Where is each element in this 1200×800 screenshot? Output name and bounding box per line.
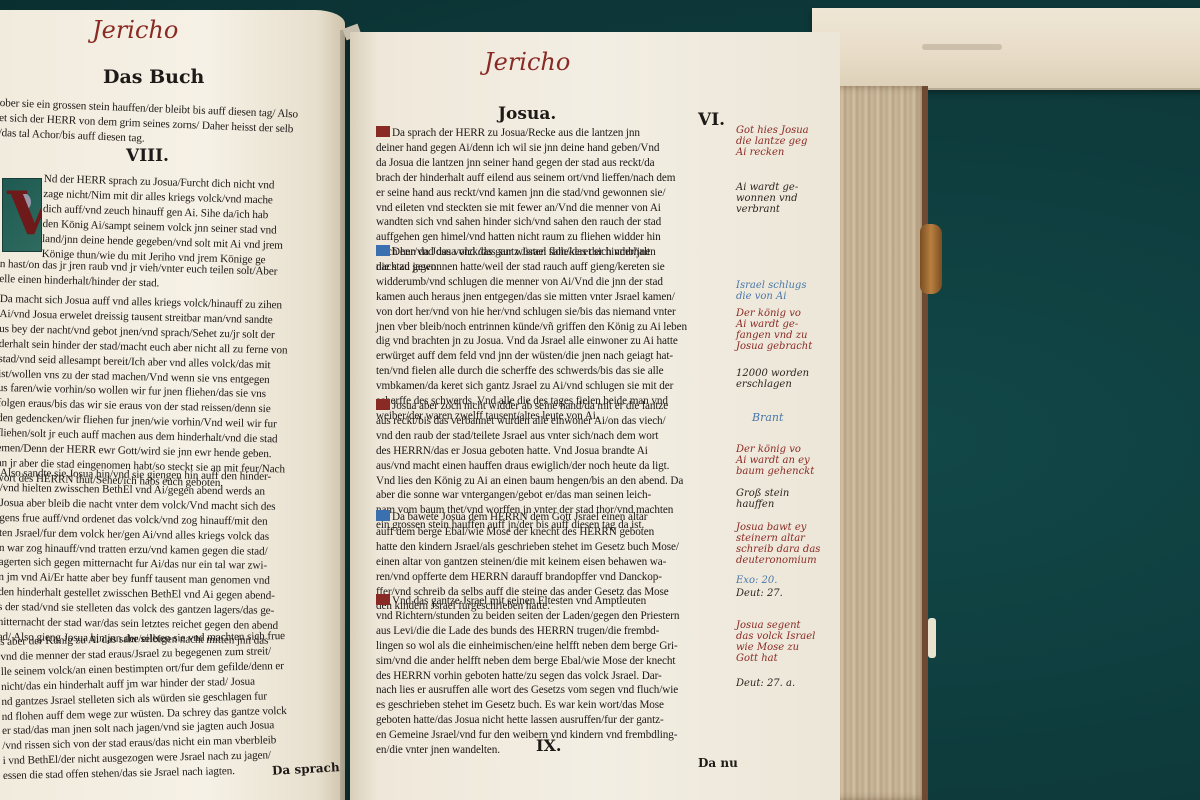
- text-line: sim/vnd die ander helfft neben dem berge…: [376, 654, 679, 669]
- text-line: einen altar von gantzen steinen/die mit …: [376, 555, 679, 570]
- marginal-note: Got hies Josua die lantze geg Ai recken: [736, 125, 809, 158]
- brass-clasp: [920, 224, 942, 294]
- text-line: widderumb/vnd schlugen die menner von Ai…: [376, 275, 687, 290]
- text-line: brach der hinderhalt auff eilend aus sei…: [376, 171, 675, 186]
- right-running-head: Jericho: [484, 48, 570, 76]
- text-line: Denn da Josua vnd das gantz Jsrael sahe/…: [392, 246, 650, 258]
- marginal-note: Exo: 20.: [736, 575, 777, 586]
- text-line: kamen auch heraus jnen entgegen/das sie …: [376, 290, 687, 305]
- marginal-note: Der könig vo Ai wardt an ey baum gehenck…: [736, 444, 814, 477]
- text-line: nach lies er ausruffen alle wort des Ges…: [376, 683, 679, 698]
- text-line: des HERRN/das er Josua geboten hatte. Vn…: [376, 444, 683, 459]
- text-line: Josua aber zoch nicht widder ab seine ha…: [392, 400, 668, 412]
- left-running-head: Jericho: [92, 16, 178, 44]
- text-line: lingen so wol als die einheimischen/eine…: [376, 639, 679, 654]
- text-line: vnd den raub der stad/teilete Jsrael aus…: [376, 429, 683, 444]
- text-line: hatte den kindern Jsrael/als geschrieben…: [376, 540, 679, 555]
- marginal-note: Brant: [752, 412, 783, 424]
- text-line: aus/vnd macht einen hauffen draus ewigli…: [376, 459, 683, 474]
- chapter-number-viii: VIII.: [126, 146, 169, 166]
- text-line: von dort her/vnd von hie her/vnd schluge…: [376, 305, 687, 320]
- text-line: Vnd das gantze Jsrael mit seinen Elteste…: [392, 595, 646, 607]
- text-line: auffgehen gen himel/vnd hatten nicht rau…: [376, 230, 675, 245]
- text-line: en/die vnter jnen wandelten.: [376, 743, 679, 758]
- text-line: aus reckt/bis das verbannet wurden alle …: [376, 414, 683, 429]
- text-line: vmbkamen/da keret sich gantz Jsrael zu A…: [376, 379, 687, 394]
- paragraph-mark-blue: [376, 245, 390, 256]
- text-line: erwürget auff dem feld vnd jnn der wüste…: [376, 349, 687, 364]
- text-line: des HERRN vorhin geboten hatte/zu segen …: [376, 669, 679, 684]
- left-para-1: Nd der HERR sprach zu Josua/Furcht dich …: [42, 172, 285, 268]
- text-line: aber die sonne war vntergangen/gebot er/…: [376, 488, 683, 503]
- text-line: jnen vber bleib/noch entrinnen künde/vñ …: [376, 320, 687, 335]
- paragraph-mark-blue: [376, 510, 390, 521]
- text-line: vnd Richtern/stunden zu beiden seiten de…: [376, 609, 679, 624]
- text-line: geboten hatte/das Josua nicht hette lass…: [376, 713, 679, 728]
- ruler-smudge: [922, 44, 1002, 50]
- text-line: aus Levi/die die Lade des bunds des HERR…: [376, 624, 679, 639]
- marginal-note: Deut: 27. a.: [736, 678, 795, 689]
- text-line: vnd eileten vnd steckten sie mit fewer a…: [376, 201, 675, 216]
- book-fore-edge: [836, 86, 928, 800]
- clasp-fragment: [928, 618, 936, 658]
- text-line: Da sprach der HERR zu Josua/Recke aus di…: [392, 127, 640, 139]
- folio-number: VI.: [698, 110, 725, 130]
- paragraph-mark-red: [376, 399, 390, 410]
- text-line: Vnd lies den König zu Ai an einen baum h…: [376, 474, 683, 489]
- text-line: es geschrieben stehet im Gesetz buch. Es…: [376, 698, 679, 713]
- text-line: da Josua die lantzen jnn seiner hand geg…: [376, 156, 675, 171]
- left-book-title: Das Buch: [103, 66, 204, 88]
- text-line: dig vnd brachten jn zu Josua. Vnd da Jsr…: [376, 334, 687, 349]
- marginal-note: Der könig vo Ai wardt ge- fangen vnd zu …: [736, 308, 812, 352]
- right-para-5: Vnd das gantze Jsrael mit seinen Elteste…: [376, 594, 679, 758]
- marginal-note: Deut: 27.: [736, 588, 783, 599]
- text-line: die stad gewonnen hatte/weil der stad ra…: [376, 260, 687, 275]
- text-line: auff dem berge Ebal/wie Mose der knecht …: [376, 525, 679, 540]
- text-line: ten/vnd fielen alle durch die scherffe d…: [376, 364, 687, 379]
- marginal-note: Groß stein hauffen: [736, 488, 789, 510]
- marginal-note: Josua segent das volck Israel wie Mose z…: [736, 620, 815, 664]
- right-para-2: Denn da Josua vnd das gantz Jsrael sahe/…: [376, 245, 687, 424]
- text-line: en Gemeine Jsrael/vnd fur den weibern vn…: [376, 728, 679, 743]
- paragraph-mark-red: [376, 126, 390, 137]
- marginal-note: Josua bawt ey steinern altar schreib dar…: [736, 522, 820, 566]
- left-para-3: Also sandte sie Josua hin/vnd sie gienge…: [0, 466, 280, 649]
- initial-letter: V: [7, 179, 42, 249]
- paragraph-mark-red: [376, 594, 390, 605]
- text-line: wandten sich vnd sahen hinder sich/vnd s…: [376, 215, 675, 230]
- chapter-number-ix: IX.: [536, 736, 561, 755]
- wooden-ruler: [812, 8, 1200, 90]
- right-catchword: Da nu: [698, 756, 738, 770]
- text-line: ren/vnd opfferte dem HERRN darauff brand…: [376, 570, 679, 585]
- text-line: Da bawete Josua dem HERRN dem Gott Jsrae…: [392, 511, 647, 523]
- decorated-initial-v: V: [2, 178, 42, 252]
- left-para-4: s aber der König zu Ai das sahe/eileten …: [0, 629, 288, 784]
- text-line: deiner hand gegen Ai/denn ich wil sie jn…: [376, 141, 675, 156]
- marginal-note: 12000 worden erschlagen: [736, 368, 809, 390]
- left-para-2: Da macht sich Josua auff vnd alles krieg…: [0, 292, 289, 492]
- marginal-note: Israel schlugs die von Ai: [736, 280, 806, 302]
- right-book-title: Josua.: [498, 104, 556, 124]
- marginal-note: Ai wardt ge- wonnen vnd verbrant: [736, 182, 798, 215]
- text-line: er seine hand aus reckt/vnd kamen jnn di…: [376, 186, 675, 201]
